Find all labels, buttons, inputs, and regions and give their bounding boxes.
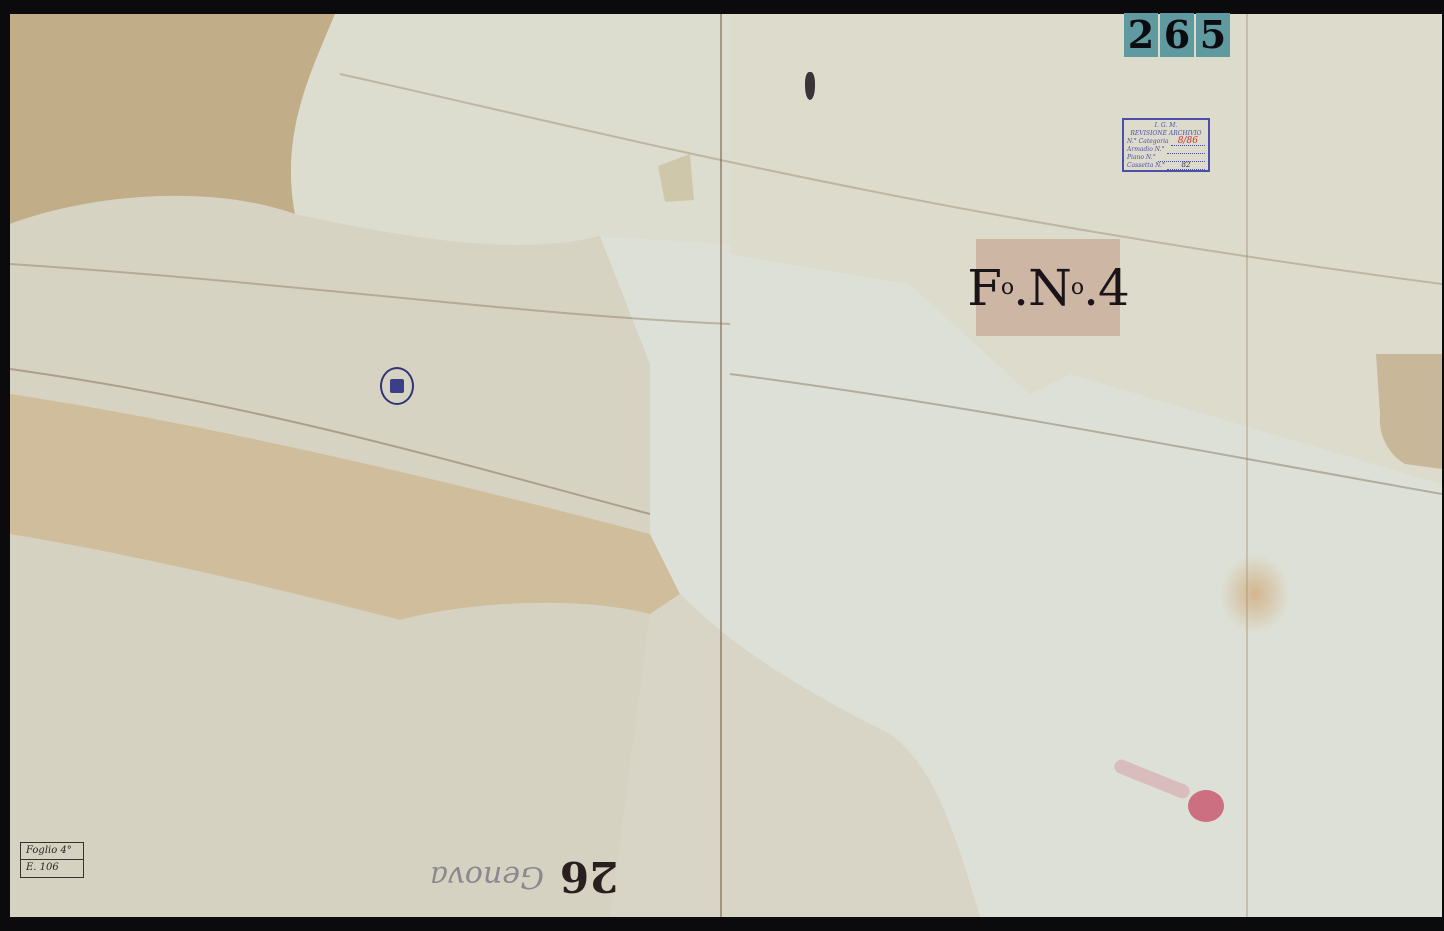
- fold-line: [720, 14, 722, 917]
- stamp-field: Cassetta N.° 82: [1127, 162, 1205, 170]
- sheet-id-label: Fo. No. 4: [976, 239, 1120, 336]
- stamp-field: N.° Categoria 8/86: [1127, 138, 1205, 146]
- rust-stain: [1220, 554, 1290, 634]
- stencil-number: 26: [560, 852, 618, 901]
- map-sheet: [10, 14, 1442, 917]
- handwritten-place: Genova: [430, 859, 544, 894]
- archive-revision-stamp: I. G. M. REVISIONE ARCHIVIO N.° Categori…: [1122, 118, 1210, 172]
- coat-of-arms-icon: [390, 379, 404, 393]
- digit: 6: [1160, 13, 1194, 57]
- digit: 2: [1124, 13, 1158, 57]
- red-wax-seal: [1188, 790, 1224, 822]
- folio-annotation: Foglio 4° E. 106: [20, 842, 84, 878]
- round-ink-stamp-icon: [380, 367, 414, 405]
- ink-blot: [805, 72, 815, 100]
- inverted-annotation: 26 Genova: [430, 852, 618, 901]
- stamp-header: I. G. M.: [1127, 122, 1205, 130]
- paper-patches: [10, 14, 1442, 917]
- stamp-field: Piano N.°: [1127, 154, 1205, 162]
- fold-line: [1246, 14, 1248, 917]
- digit: 5: [1196, 13, 1230, 57]
- stamp-field: Armadio N.°: [1127, 146, 1205, 154]
- sheet-number-label: 2 6 5: [1124, 13, 1230, 57]
